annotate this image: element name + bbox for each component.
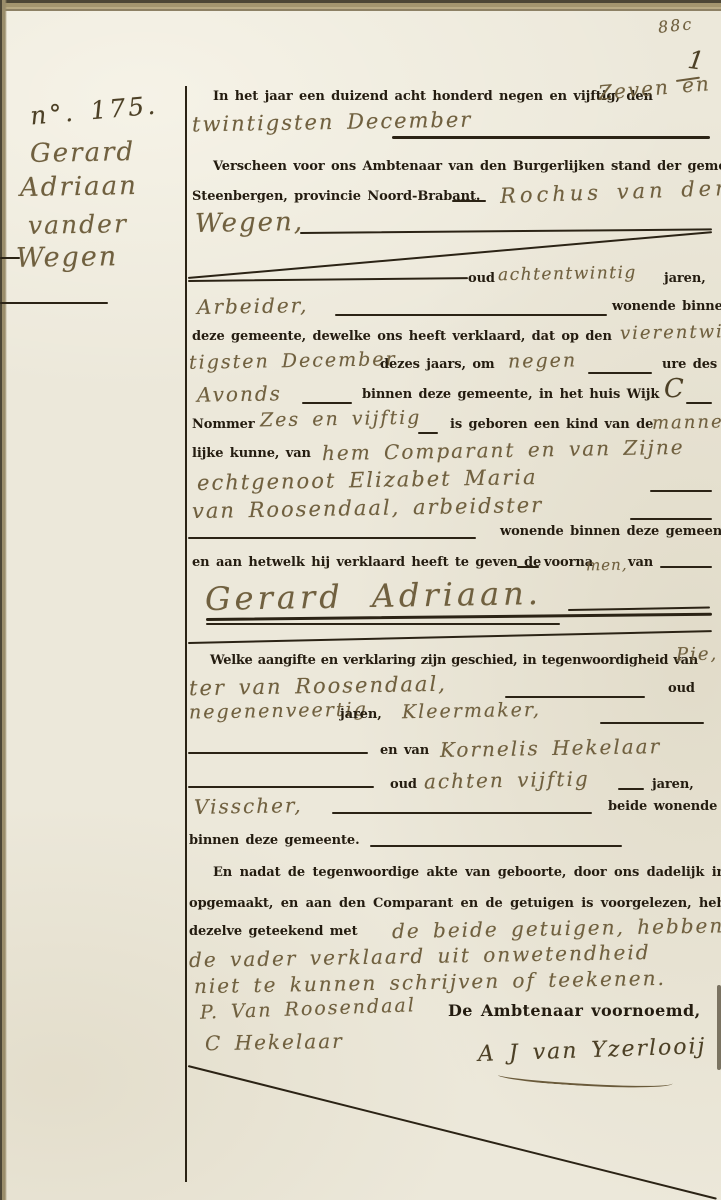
hand-gender: manne, [652, 413, 721, 432]
hand-closing-2: de vader verklaard uit onwetendheid [189, 942, 651, 970]
printed-appeared: Verscheen voor ons Ambtenaar van den Bur… [213, 160, 721, 174]
ink-dash-number [418, 432, 438, 434]
hand-witness2-occupation: Visscher, [194, 795, 303, 817]
hand-declarant-occupation: Arbeider, [197, 295, 309, 317]
hand-parents-3: van Roosendaal, arbeidster [192, 495, 544, 522]
ink-diagonal-blank-2 [188, 630, 712, 644]
printed-gender: lijke kunne, van [192, 447, 311, 461]
printed-residing-2: wonende binnen deze gemeente [500, 525, 721, 539]
hand-day-2: twintigsten December [192, 110, 473, 136]
hand-hour: negen [508, 351, 577, 371]
printed-give-names: en aan hetwelk hij verklaard heeft te ge… [192, 556, 541, 570]
ink-dash-before-declarant [452, 200, 486, 202]
ink-rule-blank-1 [188, 277, 468, 282]
margin-separator-line [185, 86, 187, 1182]
ink-rule-voorna [660, 566, 712, 568]
ink-rule-hour [588, 372, 652, 374]
ink-dash-daypart [302, 402, 352, 404]
hand-parents-2: echtgenoot Elizabet Maria [197, 467, 538, 494]
ink-rule-blank-2 [188, 537, 476, 539]
hand-closing-1: de beide getuigen, hebbende [392, 915, 721, 941]
printed-closing-2: opgemaakt, en aan den Comparant en de ge… [189, 897, 721, 911]
printed-municipality: Steenbergen, provincie Noord-Brabant. [192, 190, 480, 204]
hand-house-number: Zes en vijftig [260, 409, 422, 431]
hand-declarant-age: achtentwintig [498, 265, 637, 284]
printed-declared: deze gemeente, dewelke ons heeft verklaa… [192, 330, 612, 344]
ink-rule-mother-occ [630, 518, 712, 520]
ink-dash-w2 [618, 788, 644, 790]
printed-both-residing: beide wonende [608, 800, 717, 814]
signature-flourish [498, 1066, 674, 1092]
page-edge-shadow [717, 985, 721, 1070]
hand-witness1-2: ter van Roosendaal, [189, 674, 447, 699]
printed-oud-w1: oud [668, 682, 695, 696]
act-number: n°. 175. [29, 92, 159, 128]
ink-rule-after-gemeente [370, 845, 622, 847]
printed-of-this-year: dezes jaars, om [380, 358, 495, 372]
printed-oud-w2: oud [390, 778, 417, 792]
printed-closing-3: dezelve geteekend met [189, 925, 358, 939]
hand-declarant-1: Rochus van der [500, 178, 721, 207]
printed-jaren-w2: jaren, [652, 778, 694, 792]
binding-edge-left [0, 0, 7, 1200]
printed-en-van: en van [380, 744, 429, 758]
hand-witness1-1: Pie, [676, 646, 719, 665]
ink-rule-after-date [392, 136, 710, 139]
ink-rule-witness1 [505, 696, 645, 698]
ink-rule-witness2-occ [332, 812, 592, 814]
hand-child-name: Gerard Adriaan. [205, 577, 542, 615]
hand-witness2: Kornelis Hekelaar [440, 736, 662, 760]
printed-witnesses: Welke aangifte en verklaring zijn geschi… [210, 654, 698, 668]
page-number: 1 [686, 47, 707, 74]
ink-rule-blank-3 [188, 752, 368, 754]
binding-edge-top [0, 0, 721, 11]
folio-mark: 88c [657, 16, 694, 36]
printed-closing-1: En nadat de tegenwoordige akte van geboo… [213, 866, 721, 880]
ink-underline-name-2 [206, 623, 560, 625]
margin-child-name-2: Adriaan [20, 173, 138, 201]
printed-residing-1: wonende binnen [612, 300, 721, 314]
hand-declarant-2: Wegen, [195, 209, 304, 237]
ink-rule-wijk [686, 402, 712, 404]
printed-both-residing-2: binnen deze gemeente. [189, 834, 360, 848]
ink-rule-after-name [568, 607, 710, 611]
margin-child-name-3: vander [28, 211, 128, 238]
hand-witness2-age: achten vijftig [424, 769, 590, 792]
hand-wijk-letter: C [664, 376, 686, 402]
signature-witness2: C Hekelaar [205, 1031, 344, 1053]
printed-van: van [628, 556, 653, 570]
ink-dash-mother [650, 490, 712, 492]
margin-dash [0, 302, 108, 304]
printed-house: binnen deze gemeente, in het huis Wijk [362, 388, 659, 402]
hand-birthdate-2: tigsten December [189, 350, 397, 373]
ink-rule-after-declarant [300, 228, 712, 234]
hand-daypart: Avonds [197, 383, 282, 404]
ink-dash-voorna [517, 566, 539, 568]
printed-hour-suffix: ure des [662, 358, 717, 372]
printed-jaren-w1: jaren, [340, 708, 382, 722]
hand-witness1-occupation: Kleermaker, [402, 701, 541, 722]
ink-rule-blank-4 [188, 786, 374, 788]
hand-closing-3: niet te kunnen schrijven of teekenen. [194, 968, 666, 996]
ink-rule-occupation [335, 314, 607, 316]
printed-oud: oud [468, 272, 495, 286]
birth-certificate-page: 88c 1 n°. 175. Gerard Adriaan vander Weg… [0, 0, 721, 1200]
margin-dash-small [0, 257, 20, 259]
printed-year-line: In het jaar een duizend acht honderd neg… [213, 90, 653, 104]
hand-voorna-men: men, [586, 558, 628, 574]
signature-official: A J van Yzerlooij [478, 1036, 707, 1066]
printed-born: is geboren een kind van de [450, 418, 653, 432]
printed-number-label: Nommer [192, 418, 255, 432]
hand-parents-1: hem Comparant en van Zijne [322, 437, 685, 463]
printed-official-label: De Ambtenaar voornoemd, [448, 1002, 701, 1020]
signature-witness1: P. Van Roosendaal [200, 996, 416, 1023]
hand-day-1: Zeven en [597, 73, 711, 103]
ink-rule-witness1-occ [600, 722, 704, 724]
hand-birthdate-1: vierentwin, [620, 323, 721, 343]
margin-child-name-1: Gerard [30, 139, 136, 167]
printed-jaren: jaren, [664, 272, 706, 286]
margin-child-name-4: Wegen [16, 243, 119, 272]
